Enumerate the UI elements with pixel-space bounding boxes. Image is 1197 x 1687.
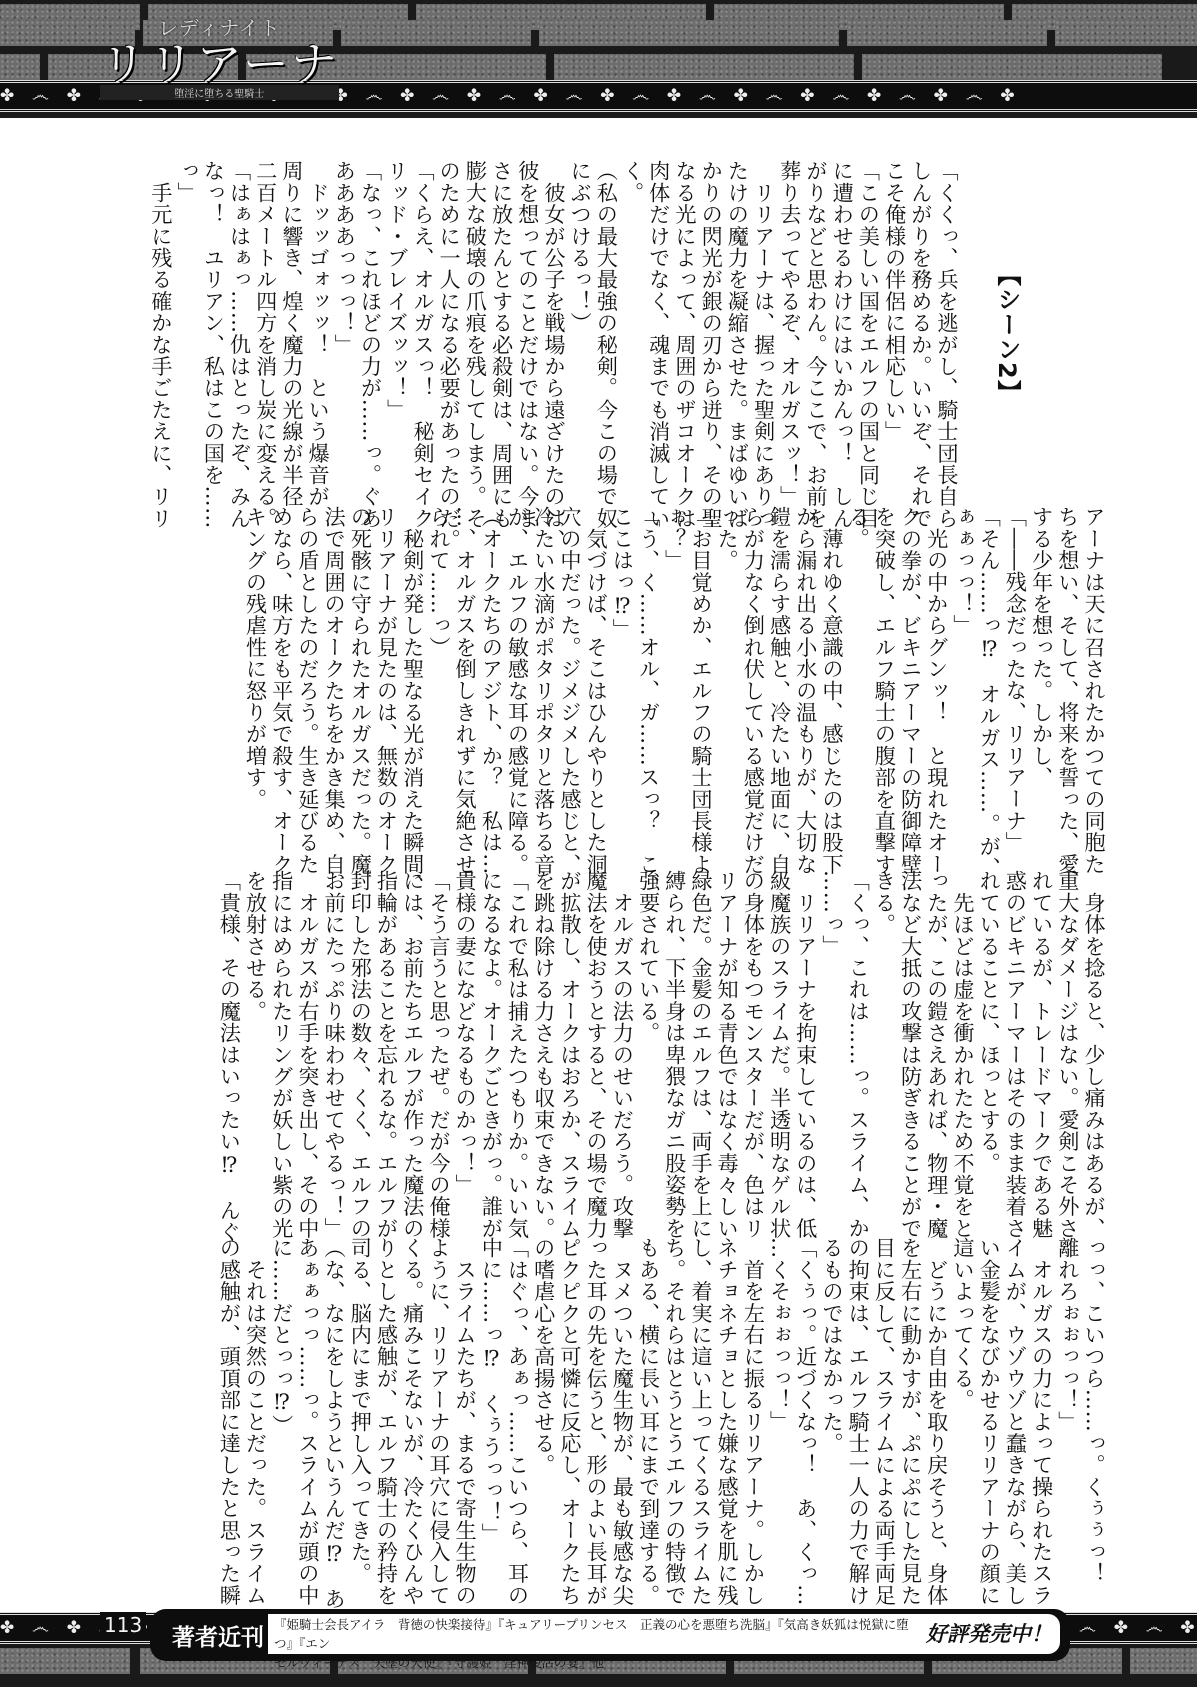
- body-band-3: 身体を捻ると、少し痛みはあるが、重大なダメージはない。愛剣こそ外されているが、ト…: [216, 870, 1107, 1200]
- text-column: ああああっっっ！」: [331, 160, 357, 470]
- text-column: 肉体だけでなく、魂までも消滅してい: [646, 160, 672, 470]
- text-column: ネチョネチョとした嫌な感覚を肌に残: [714, 1237, 740, 1582]
- text-column: 司る、脳内にまで押し入ってきた。: [347, 1237, 373, 1582]
- scene-heading: 【シーン2】: [990, 262, 1025, 405]
- text-column: 「――残念だったな、リリアーナ」: [1002, 506, 1028, 836]
- text-column: がりなどと思わん。今ここで、お前を: [803, 160, 829, 470]
- text-column: 冷たい水滴がポタリポタリと落ちる音: [531, 506, 557, 836]
- text-column: リリアーナは、握った聖剣にありっ: [750, 160, 776, 470]
- text-column: を左右に動かすが、ぷにぷにした見た: [897, 1237, 923, 1582]
- text-column: を跳ね除ける力さえも収束できない。: [531, 870, 557, 1200]
- text-column: 「貴様、その魔法はいったい⁉ んぐ: [216, 870, 242, 1200]
- text-column: らが力なく倒れ伏している感覚だけだ: [740, 506, 766, 836]
- on-sale-badge: 好評発売中！: [918, 1614, 1060, 1654]
- text-column: 「くぅっ。近づくなっ！ あ、くっ…: [793, 1237, 819, 1582]
- body-band-2: アーナは天に召されたかつての同胞たちを想い、そして、将来を誓った、愛する少年を想…: [242, 506, 1107, 836]
- text-column: 強要されている。: [635, 870, 661, 1200]
- recent-works-line-1: 『姫騎士会長アイラ 背徳の快楽接待』『キュアリープリンセス 正義の心を悪堕ち洗脳…: [274, 1615, 912, 1653]
- text-column: りとした感触が、エルフ騎士の矜持を: [373, 1237, 399, 1582]
- text-column: …、オルガスを倒しきれずに気絶させ: [452, 506, 478, 836]
- text-column: 法で周囲のオークたちをかき集め、自: [321, 506, 347, 836]
- text-column: 級魔族のスライムだ。半透明なゲル状: [766, 870, 792, 1200]
- text-column: 二百メートル四方を消し炭に変える。: [253, 160, 279, 470]
- text-column: 彼女が公子を戦場から遠ざけたのは、: [541, 160, 567, 470]
- text-column: もある、横に長い耳にまで到達する。: [635, 1237, 661, 1582]
- text-column: 先ほどは虚を衝かれたため不覚をと: [950, 870, 976, 1200]
- text-column: し、着実に這い上ってくるスライムた: [688, 1237, 714, 1582]
- text-column: リアーナが知る青色ではなく毒々しい: [714, 870, 740, 1200]
- text-column: れていることに、ほっとする。: [976, 870, 1002, 1200]
- text-column: っっ、こいつら……っ。くぅぅっ！: [1081, 1237, 1107, 1582]
- text-column: には、お前たちエルフが作った魔法の: [400, 870, 426, 1200]
- text-column: ように、リリアーナの耳穴に侵入して: [426, 1237, 452, 1582]
- text-column: （私の最大最強の秘剣。今この場で奴: [593, 160, 619, 470]
- text-column: オルガスの法力のせいだろう。攻撃: [609, 870, 635, 1200]
- text-column: を放射させる。: [242, 870, 268, 1200]
- text-column: 「なっ、これほどの力が……っ。ぐあ: [357, 160, 383, 470]
- series-logo: レディナイト リリアーナ 堕淫に堕ちる聖騎士: [100, 12, 339, 100]
- text-column: オルガスの力によって操られたスラ: [1028, 1237, 1054, 1582]
- text-column: の身体をもつモンスターだが、色はリ: [740, 870, 766, 1200]
- text-column: お前にたっぷり味わわせてやるっ！」: [321, 870, 347, 1200]
- text-column: クの拳が、ビキニアーマーの防御障壁: [897, 506, 923, 836]
- text-column: る。: [845, 506, 871, 836]
- text-column: られて……っ）: [426, 506, 452, 836]
- text-column: い金髪をなびかせるリリアーナの顔に: [976, 1237, 1002, 1582]
- text-column: 這いよってくる。: [950, 1237, 976, 1582]
- text-column: のために一人になる必要があったのだ。: [436, 160, 462, 470]
- text-column: 「この美しい国をエルフの国と同じ目: [855, 160, 881, 470]
- text-column: 「そう言うと思ったぜ。だが今の俺様: [426, 870, 452, 1200]
- text-column: 「お目覚めか、エルフの騎士団長様よ: [688, 506, 714, 836]
- text-column: 膨大な破壊の爪痕を残してしまう。そ: [462, 160, 488, 470]
- text-column: キングの残虐性に怒りが増す。: [242, 506, 268, 836]
- text-column: こそ俺様の伴侶に相応しい」: [881, 160, 907, 470]
- text-column: 離れろぉぉっっ！」: [1055, 1237, 1081, 1582]
- text-column: なっ！ ユリアン、私はこの国を……: [200, 160, 226, 470]
- text-column: らの盾としたのだろう。生き延びるた: [295, 506, 321, 836]
- text-column: 光の中からグンッ！ と現れたオー: [924, 506, 950, 836]
- text-column: ったが、この鎧さえあれば、物理・魔: [924, 870, 950, 1200]
- text-column: になるなよ。オークごときがっ。誰が: [478, 870, 504, 1200]
- text-column: ぁぁっっ！」: [950, 506, 976, 836]
- text-column: しんがりを務めるか。いいぞ、それで: [908, 160, 934, 470]
- text-column: くる。痛みこそないが、冷たくひんや: [400, 1237, 426, 1582]
- text-column: なる光によって、周囲のザコオークは: [672, 160, 698, 470]
- text-column: 「はぐっ、あぁっ……こいつら、耳の: [504, 1237, 530, 1582]
- text-column: 重大なダメージはない。愛剣こそ外さ: [1055, 870, 1081, 1200]
- text-column: ピクピクと可憐に反応し、オークたち: [557, 1237, 583, 1582]
- text-column: オルガスが右手を突き出し、その中: [295, 870, 321, 1200]
- recent-works-list: 『姫騎士会長アイラ 背徳の快楽接待』『キュアリープリンセス 正義の心を悪堕ち洗脳…: [268, 1614, 918, 1654]
- text-column: に……だとっっ⁉）: [269, 1237, 295, 1582]
- text-column: 穴の中だった。ジメジメした感じと、: [557, 506, 583, 836]
- text-column: 「これで私は捕えたつもりか。いい気: [504, 870, 530, 1200]
- text-column: 周りに響き、煌く魔力の光線が半径: [279, 160, 305, 470]
- text-column: 目に反して、スライムによる両手両足: [871, 1237, 897, 1582]
- text-column: 「そん……っ⁉ オルガス……。が、: [976, 506, 1002, 836]
- text-column: 薄れゆく意識の中、感じたのは股下: [819, 506, 845, 836]
- text-column: に遭わせるわけにはいかんっ！ しん: [829, 160, 855, 470]
- text-column: …くそぉぉっっ！」: [766, 1237, 792, 1582]
- text-column: イムが、ウゾウゾと蠢きながら、美し: [1002, 1237, 1028, 1582]
- text-column: 指にはめられたリングが妖しい紫の光: [269, 870, 295, 1200]
- text-column: の感触が、頭頂部に達したと思った瞬: [216, 1237, 242, 1582]
- text-column: 指輪があることを忘れるな。エルフが: [373, 870, 399, 1200]
- text-column: 秘剣が発した聖なる光が消えた瞬間、: [400, 506, 426, 836]
- text-column: たけの魔力を凝縮させた。まばゆいば: [724, 160, 750, 470]
- text-column: るものではなかった。: [819, 1237, 845, 1582]
- text-column: 法など大抵の攻撃は防ぎきることがで: [897, 870, 923, 1200]
- text-column: スライムたちが、まるで寄生生物の: [452, 1237, 478, 1582]
- text-column: から漏れ出る小水の温もりが、大切な: [793, 506, 819, 836]
- text-column: った耳の先を伝うと、形のよい長耳が: [583, 1237, 609, 1582]
- body-band-4: っっ、こいつら……っ。くぅぅっ！離れろぉぉっっ！」 オルガスの力によって操られた…: [216, 1237, 1107, 1582]
- text-column: リリアーナが見たのは、無数のオーク: [373, 506, 399, 836]
- text-column: アーナは天に召されたかつての同胞た: [1081, 506, 1107, 836]
- text-column: を突破し、エルフ騎士の腹部を直撃す: [871, 506, 897, 836]
- text-column: 「はぁはぁっ……仇はとったぞ、みん: [226, 160, 252, 470]
- text-column: 惑のビキニアーマーはそのまま装着さ: [1002, 870, 1028, 1200]
- text-column: 貴様の妻になどなるものかっ！」: [452, 870, 478, 1200]
- text-column: きる。: [871, 870, 897, 1200]
- text-column: ヌメついた魔生物が、最も敏感な尖: [609, 1237, 635, 1582]
- text-column: （オークたちのアジト、か？ 私は…: [478, 506, 504, 836]
- text-column: かりの閃光が銀の刃から迸り、その聖: [698, 160, 724, 470]
- text-column: 封印した邪法の数々、くく、エルフの: [347, 870, 373, 1200]
- recent-works-label: 著者近刊: [172, 1619, 264, 1652]
- text-column: の嗜虐心を高揚させる。: [531, 1237, 557, 1582]
- text-column: っ」: [174, 160, 200, 470]
- text-column: った。: [714, 506, 740, 836]
- text-column: 「う、く……オル、ガ……スっ？ こ、: [635, 506, 661, 836]
- text-column: リッド・ブレイズッッ！」: [384, 160, 410, 470]
- text-column: が、エルフの敏感な耳の感覚に障る。: [504, 506, 530, 836]
- author-recent-works-banner: 著者近刊 『姫騎士会長アイラ 背徳の快楽接待』『キュアリープリンセス 正義の心を…: [150, 1609, 1070, 1661]
- text-column: 身体を捻ると、少し痛みはあるが、: [1081, 870, 1107, 1200]
- text-column: あぁぁっっ……っ。スライムが頭の中: [295, 1237, 321, 1582]
- text-column: 縛られ、下半身は卑猥なガニ股姿勢を: [662, 870, 688, 1200]
- text-column: 手元に残る確かな手ごたえに、リリ: [148, 160, 174, 470]
- text-column: れているが、トレードマークである魅: [1028, 870, 1054, 1200]
- text-column: リリアーナを拘束しているのは、低: [793, 870, 819, 1200]
- text-column: 「くっ、これは……っ。スライム、か: [845, 870, 871, 1200]
- text-column: 首を左右に振るリリアーナ。しかし: [740, 1237, 766, 1582]
- text-column: 中に……っ⁉ くぅうっっ！」: [478, 1237, 504, 1582]
- recent-works-line-2: ゼルヴィーナス 失墜の天使』『守護姫 淫神復活の宴』他: [274, 1653, 912, 1672]
- text-column: めなら、味方をも平気で殺す、オーク: [269, 506, 295, 836]
- series-title: リリアーナ: [100, 41, 339, 87]
- text-column: どうにか自由を取り戻そうと、身体: [924, 1237, 950, 1582]
- text-column: の拘束は、エルフ騎士一人の力で解け: [845, 1237, 871, 1582]
- text-column: それは突然のことだった。スライム: [242, 1237, 268, 1582]
- text-column: さに放たんとする必殺剣は、周囲にも: [488, 160, 514, 470]
- text-column: 緑色だ。金髪のエルフは、両手を上に: [688, 870, 714, 1200]
- text-column: 気づけば、そこはひんやりとした洞: [583, 506, 609, 836]
- text-column: く。: [619, 160, 645, 470]
- body-band-1: 「くくっ、兵を逃がし、騎士団長自らしんがりを務めるか。いいぞ、それでこそ俺様の伴…: [148, 160, 960, 470]
- text-column: 魔法を使おうとすると、その場で魔力: [583, 870, 609, 1200]
- text-column: にぶつけるっ！）: [567, 160, 593, 470]
- text-column: ぉ？」: [662, 506, 688, 836]
- text-column: ドッッゴォッッ！ という爆音が: [305, 160, 331, 470]
- text-column: ち。それらはとうとうエルフの特徴で: [662, 1237, 688, 1582]
- text-column: の死骸に守られたオルガスだった。魔: [347, 506, 373, 836]
- text-column: 彼を想ってのことだけではない。今ま: [515, 160, 541, 470]
- page-number: 113: [100, 1612, 146, 1638]
- text-column: ……っ」: [819, 870, 845, 1200]
- text-column: が拡散し、オークはおろか、スライム: [557, 870, 583, 1200]
- text-column: （な、なにをしようというんだ⁉ あ、: [321, 1237, 347, 1582]
- text-column: ここはっ⁉」: [609, 506, 635, 836]
- text-column: 鎧を濡らす感触と、冷たい地面に、自: [766, 506, 792, 836]
- text-column: する少年を想った。しかし、: [1028, 506, 1054, 836]
- text-column: 「くらえ、オルガスっ！ 秘剣セイク: [410, 160, 436, 470]
- text-column: 「くくっ、兵を逃がし、騎士団長自ら: [934, 160, 960, 470]
- text-column: ちを想い、そして、将来を誓った、愛: [1055, 506, 1081, 836]
- text-column: 葬り去ってやるぞ、オルガスッ！」: [777, 160, 803, 470]
